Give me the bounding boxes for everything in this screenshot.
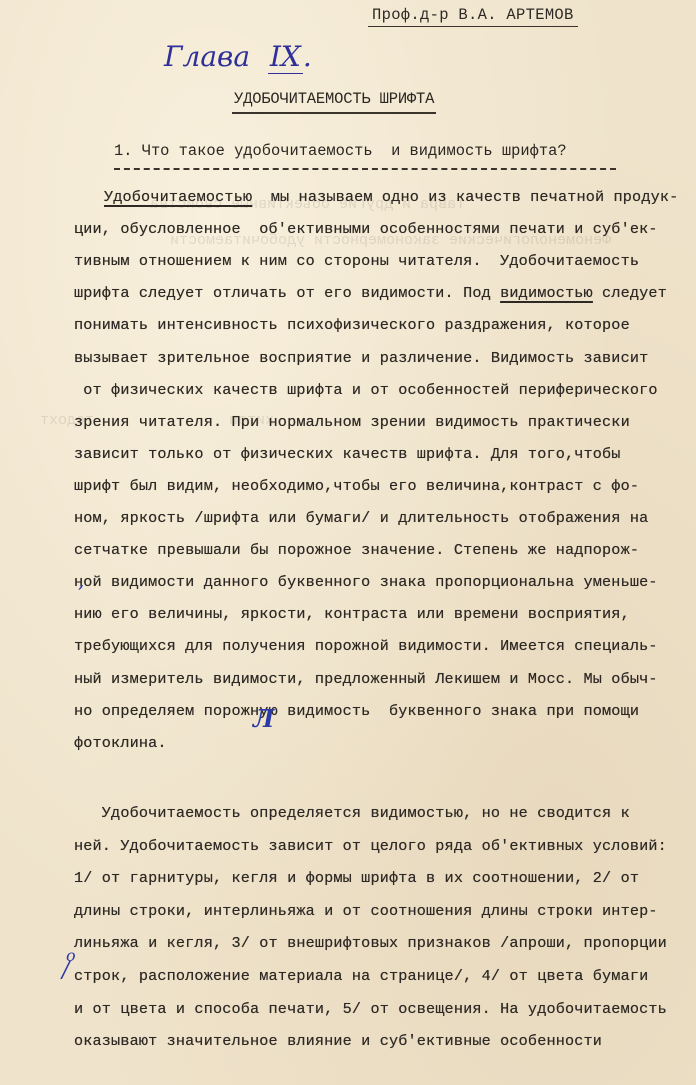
underlined-term: Удобочитаемостью <box>104 188 252 206</box>
text-line: линьяжа и кегля, 3/ от внешрифтовых приз… <box>74 934 667 952</box>
text-line: вызывает зрительное восприятие и различе… <box>74 349 648 367</box>
text-line: требующихся для получения порожной видим… <box>74 637 658 655</box>
text-segment: ный измеритель видимости, предложенный Л… <box>74 670 658 688</box>
text-line: ный измеритель видимости, предложенный Л… <box>74 670 658 688</box>
text-segment: Удобочитаемость определяется видимостью,… <box>74 804 630 822</box>
section-heading-dashed-underline <box>114 168 616 170</box>
text-line: фотоклина. <box>74 734 167 752</box>
text-segment: ном, яркость /шрифта или бумаги/ и длите… <box>74 509 648 527</box>
author-line: Проф.д-р В.А. АРТЕМОВ <box>368 6 578 27</box>
text-line: оказывают значительное влияние и суб'ект… <box>74 1032 602 1050</box>
text-segment: длины строки, интерлиньяжа и от соотноше… <box>74 902 658 920</box>
text-line: шрифт был видим, необходимо,чтобы его ве… <box>74 477 639 495</box>
text-segment: оказывают значительное влияние и суб'ект… <box>74 1032 602 1050</box>
underlined-term: видимостью <box>500 284 593 302</box>
text-segment: строк, расположение материала на страниц… <box>74 967 648 985</box>
text-line: длины строки, интерлиньяжа и от соотноше… <box>74 902 658 920</box>
text-line: ном, яркость /шрифта или бумаги/ и длите… <box>74 509 648 527</box>
text-line: строк, расположение материала на страниц… <box>74 967 648 985</box>
text-segment: тивным отношением к ним со стороны читат… <box>74 252 639 270</box>
text-segment: сетчатке превышали бы порожное значение.… <box>74 541 639 559</box>
text-line: понимать интенсивность психофизического … <box>74 316 630 334</box>
text-line: ной видимости данного буквенного знака п… <box>74 573 658 591</box>
text-line: но определяем порожную видимость буквенн… <box>74 702 639 720</box>
text-segment: мы называем одно из качеств печатной про… <box>252 188 678 206</box>
text-line: тивным отношением к ним со стороны читат… <box>74 252 639 270</box>
text-line: ции, обусловленное об'ективными особенно… <box>74 220 658 238</box>
chapter-number: IX <box>268 40 303 74</box>
text-segment: 1/ от гарнитуры, кегля и формы шрифта в … <box>74 869 639 887</box>
chapter-heading-handwritten: Глава IX. <box>164 40 312 73</box>
text-line: Удобочитаемость определяется видимостью,… <box>74 804 630 822</box>
text-line: от физических качеств шрифта и от особен… <box>74 381 658 399</box>
text-segment: требующихся для получения порожной видим… <box>74 637 658 655</box>
section-heading: 1. Что такое удобочитаемость и видимость… <box>114 142 567 160</box>
text-segment: ной видимости данного буквенного знака п… <box>74 573 658 591</box>
text-segment: фотоклина. <box>74 734 167 752</box>
text-line: зависит только от физических качеств шри… <box>74 445 621 463</box>
text-segment: зависит только от физических качеств шри… <box>74 445 621 463</box>
chapter-word: Глава <box>164 40 250 73</box>
text-segment: понимать интенсивность психофизического … <box>74 316 630 334</box>
text-line: сетчатке превышали бы порожное значение.… <box>74 541 639 559</box>
text-segment: ции, обусловленное об'ективными особенно… <box>74 220 658 238</box>
text-segment: шрифта следует отличать от его видимости… <box>74 284 500 302</box>
text-segment: ней. Удобочитаемость зависит от целого р… <box>74 837 667 855</box>
handwritten-letter-correction: Л <box>253 704 274 733</box>
text-segment: но определяем порожную видимость буквенн… <box>74 702 639 720</box>
text-segment: следует <box>593 284 667 302</box>
handwritten-comma-mark: , <box>78 568 84 592</box>
text-line: и от цвета и способа печати, 5/ от освещ… <box>74 1000 667 1018</box>
text-segment: вызывает зрительное восприятие и различе… <box>74 349 648 367</box>
text-segment: линьяжа и кегля, 3/ от внешрифтовых приз… <box>74 934 667 952</box>
text-segment: зрения читателя. При нормальном зрении в… <box>74 413 630 431</box>
text-line: нию его величины, яркости, контраста или… <box>74 605 630 623</box>
text-segment: шрифт был видим, необходимо,чтобы его ве… <box>74 477 639 495</box>
text-line: зрения читателя. При нормальном зрении в… <box>74 413 630 431</box>
text-line: Удобочитаемостью мы называем одно из кач… <box>104 188 678 206</box>
handwritten-strike-mark: / <box>62 958 69 983</box>
text-line: ней. Удобочитаемость зависит от целого р… <box>74 837 667 855</box>
text-segment: и от цвета и способа печати, 5/ от освещ… <box>74 1000 667 1018</box>
text-line: шрифта следует отличать от его видимости… <box>74 284 667 302</box>
text-segment: от физических качеств шрифта и от особен… <box>74 381 658 399</box>
text-line: 1/ от гарнитуры, кегля и формы шрифта в … <box>74 869 639 887</box>
text-segment: нию его величины, яркости, контраста или… <box>74 605 630 623</box>
document-title: УДОБОЧИТАЕМОСТЬ ШРИФТА <box>232 90 436 114</box>
chapter-punct: . <box>303 40 312 73</box>
